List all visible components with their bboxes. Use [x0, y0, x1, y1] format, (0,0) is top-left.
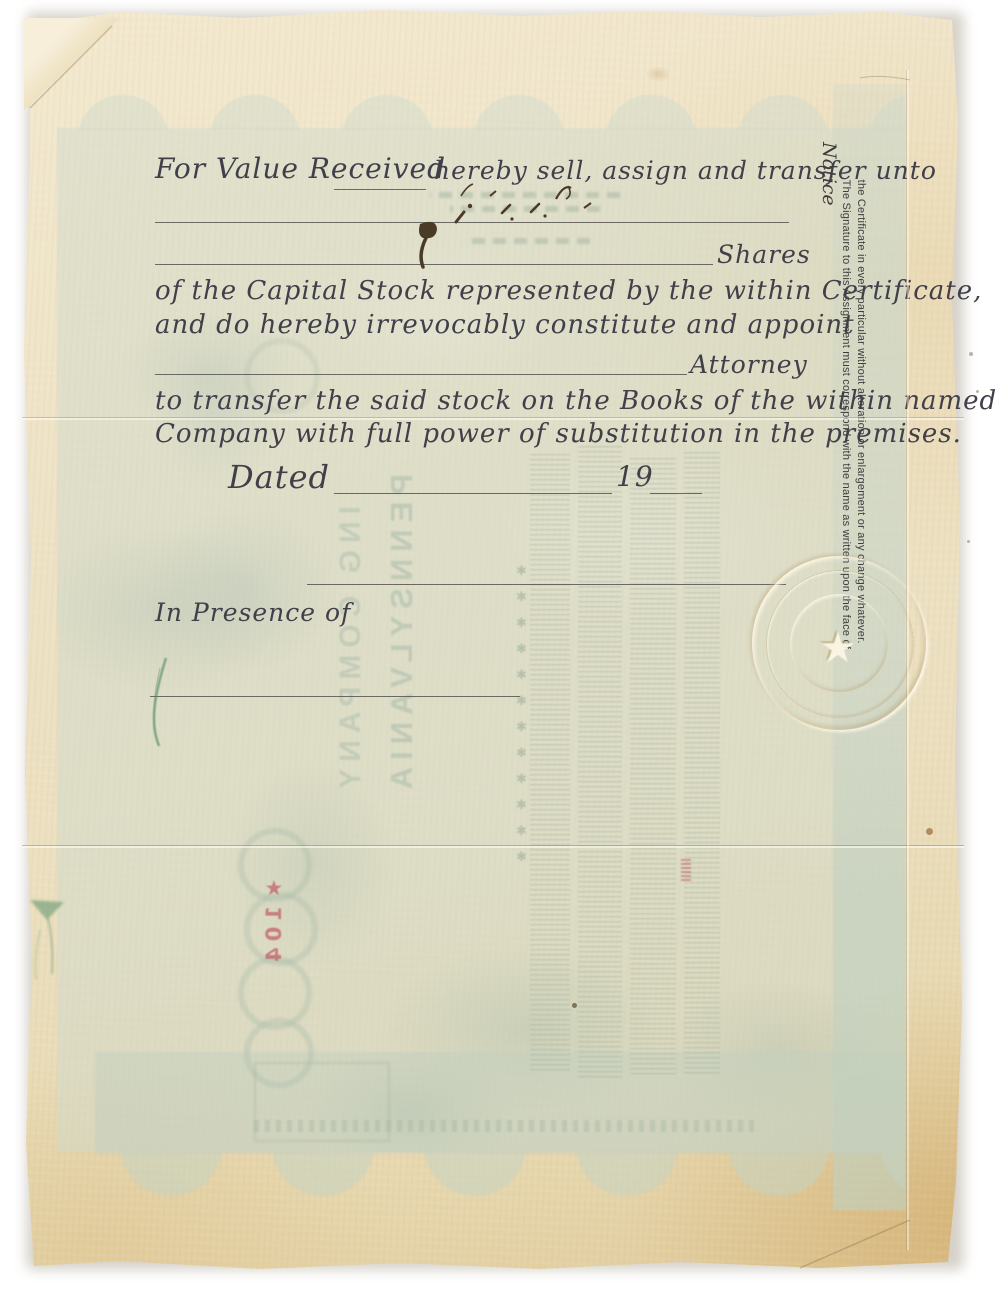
crease-lines	[30, 26, 910, 1268]
marks-overlay	[0, 0, 1000, 1293]
scanned-certificate-back: PENNSYLVANIA ING COMPANY ✱✱✱✱✱✱✱✱✱✱✱✱ Fo…	[0, 0, 1000, 1293]
ink-splatter	[419, 184, 591, 267]
green-smudge	[30, 900, 64, 980]
green-check-mark	[154, 658, 166, 746]
